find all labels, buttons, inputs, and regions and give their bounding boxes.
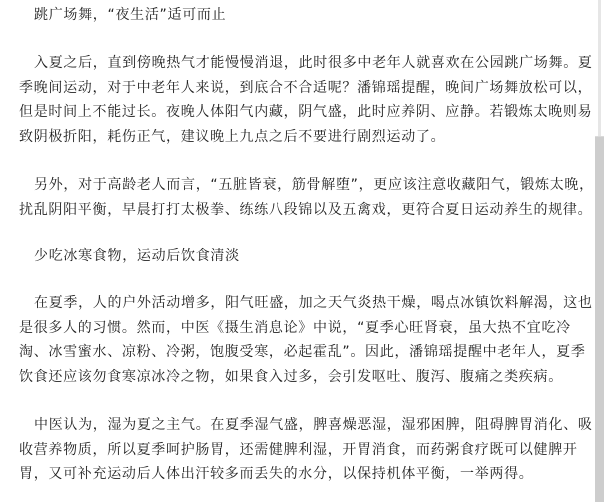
section-heading-diet: 少吃冰寒食物，运动后饮食清淡 <box>19 244 240 269</box>
paragraph-line: 胃，又可补充运动后人体出汗较多而丢失的水分，以保持机体平衡，一举两得。 <box>19 462 593 487</box>
paragraph-elderly-advice: 另外，对于高龄老人而言，“五脏皆衰，筋骨解堕”，更应该注意收藏阳气，锻炼太晚， … <box>19 173 594 222</box>
paragraph-line: 中医认为，湿为夏之主气。在夏季湿气盛，脾喜燥恶湿，湿邪困脾，阻碍脾胃消化、吸 <box>19 413 593 438</box>
paragraph-line: 扰乱阴阳平衡，早晨打打太极拳、练练八段锦以及五禽戏，更符合夏日运动养生的规律。 <box>19 198 594 223</box>
paragraph-line: 在夏季，人的户外活动增多，阳气旺盛，加之天气炎热干燥，喝点冰镇饮料解渴，这也 <box>19 291 593 316</box>
paragraph-line: 收营养物质，所以夏季呵护肠胃，还需健脾利湿，开胃消食，而药粥食疗既可以健脾开 <box>19 438 593 463</box>
scrollbar-thumb[interactable] <box>595 136 604 502</box>
paragraph-dampness: 中医认为，湿为夏之主气。在夏季湿气盛，脾喜燥恶湿，湿邪困脾，阻碍脾胃消化、吸 收… <box>19 413 593 487</box>
paragraph-cold-food: 在夏季，人的户外活动增多，阳气旺盛，加之天气炎热干燥，喝点冰镇饮料解渴，这也 是… <box>19 291 593 389</box>
paragraph-line: 致阴极折阳，耗伤正气，建议晚上九点之后不要进行剧烈运动了。 <box>19 125 593 150</box>
section-heading-square-dance: 跳广场舞，“夜生活”适可而止 <box>19 3 226 28</box>
paragraph-evening-exercise: 入夏之后，直到傍晚热气才能慢慢消退，此时很多中老年人就喜欢在公园跳广场舞。夏 季… <box>19 51 593 149</box>
paragraph-line: 淘、冰雪蜜水、凉粉、冷粥，饱腹受寒，必起霍乱”。因此，潘锦瑶提醒中老年人，夏季 <box>19 340 593 365</box>
heading-text: 少吃冰寒食物，运动后饮食清淡 <box>19 244 240 269</box>
paragraph-line: 但是时间上不能过长。夜晚人体阳气内藏，阴气盛，此时应养阴、应静。若锻炼太晚则易 <box>19 100 593 125</box>
paragraph-line: 另外，对于高龄老人而言，“五脏皆衰，筋骨解堕”，更应该注意收藏阳气，锻炼太晚， <box>19 173 594 198</box>
scrollbar-track[interactable] <box>598 0 601 136</box>
paragraph-line: 饮食还应该勿食寒凉冰冷之物，如果食入过多，会引发呕吐、腹泻、腹痛之类疾病。 <box>19 365 593 390</box>
vertical-scrollbar[interactable] <box>594 0 604 502</box>
paragraph-line: 是很多人的习惯。然而，中医《摄生消息论》中说，“夏季心旺肾衰，虽大热不宜吃冷 <box>19 316 593 341</box>
paragraph-line: 季晚间运动，对于中老年人来说，到底合不合适呢？潘锦瑶提醒，晚间广场舞放松可以， <box>19 76 593 101</box>
paragraph-line: 入夏之后，直到傍晚热气才能慢慢消退，此时很多中老年人就喜欢在公园跳广场舞。夏 <box>19 51 593 76</box>
heading-text: 跳广场舞，“夜生活”适可而止 <box>19 3 226 28</box>
